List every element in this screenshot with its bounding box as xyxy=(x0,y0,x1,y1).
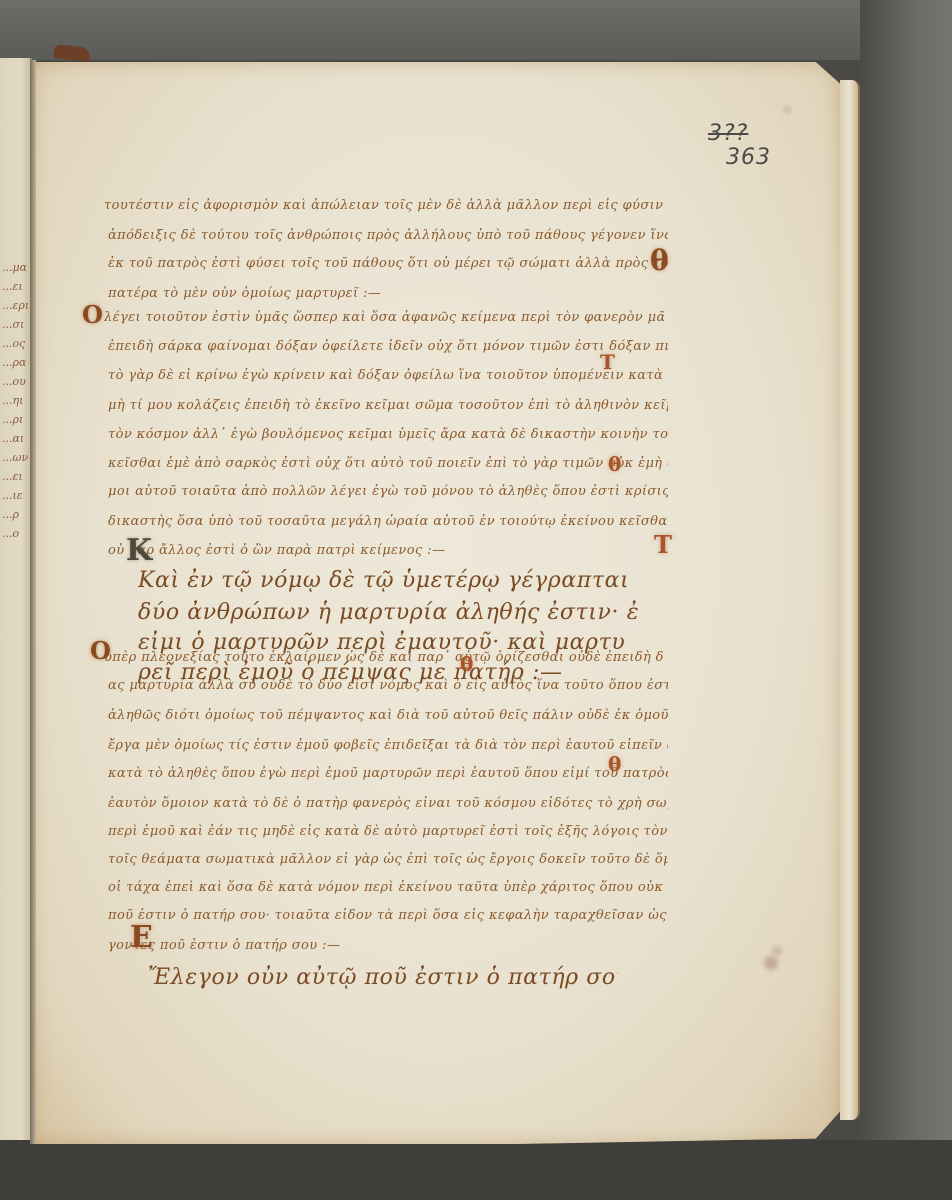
manuscript-line: τουτέστιν εἰς ἀφορισμὸν καὶ ἀπώλειαν τοῖ… xyxy=(104,198,664,213)
initial-epsilon: Ε xyxy=(130,920,153,955)
left-margin-fragment: ...ερι xyxy=(2,296,28,315)
left-margin-fragment: ...ει xyxy=(2,277,28,296)
manuscript-line: πατέρα τὸ μὲν οὖν ὁμοίως μαρτυρεῖ :— xyxy=(108,286,668,301)
manuscript-line: κατὰ τὸ ἀληθὲς ὅπου ἐγὼ περὶ ἐμοῦ μαρτυρ… xyxy=(108,766,668,781)
manuscript-line: μὴ τί μου κολάζεις ἐπειδὴ τὸ ἐκεῖνο κεῖμ… xyxy=(108,398,668,413)
left-margin-fragment: ...μαι xyxy=(2,258,28,277)
backdrop-right xyxy=(860,0,952,1200)
manuscript-line: οἱ τάχα ἐπεὶ καὶ ὅσα δὲ κατὰ νόμον περὶ … xyxy=(108,880,668,895)
manuscript-line: ἑαυτὸν ὅμοιον κατὰ τὸ δὲ ὁ πατὴρ φανερὸς… xyxy=(108,796,668,811)
page-fore-edge xyxy=(840,80,860,1120)
manuscript-line: γοντες ποῦ ἐστιν ὁ πατήρ σου :— xyxy=(108,938,668,953)
folio-number-struck: 3?? xyxy=(708,122,771,146)
manuscript-line: οὐ γὰρ ἄλλος ἐστὶ ὁ ὢν παρὰ πατρὶ κείμεν… xyxy=(108,543,668,558)
folio-number-current: 363 xyxy=(726,146,771,170)
left-page-margin-text: ...μαι...ει...ερι...σι...ος...ρα...ου...… xyxy=(2,258,28,543)
marginal-tau-inline: Τ xyxy=(600,350,615,374)
left-margin-fragment: ...ει xyxy=(2,467,28,486)
left-margin-fragment: ...ρα xyxy=(2,353,28,372)
left-margin-fragment: ...ων xyxy=(2,448,28,467)
left-margin-fragment: ...σι xyxy=(2,315,28,334)
marginal-tau: Τ xyxy=(654,530,672,559)
marginal-theta-1: θ xyxy=(608,452,621,476)
manuscript-line: ἐπειδὴ σάρκα φαίνομαι δόξαν ὀφείλετε ἰδε… xyxy=(108,339,668,354)
stain xyxy=(764,956,778,970)
backdrop-bottom xyxy=(0,1140,952,1200)
backdrop-top xyxy=(0,0,952,60)
left-page: ...μαι...ει...ερι...σι...ος...ρα...ου...… xyxy=(0,58,32,1140)
left-margin-fragment: ...αι xyxy=(2,429,28,448)
manuscript-line: λέγει τοιοῦτον ἐστὶν ὑμᾶς ὥσπερ καὶ ὅσα … xyxy=(104,310,664,325)
stain xyxy=(772,946,782,956)
manuscript-line: δικαστὴς ὅσα ὑπὸ τοῦ τοσαῦτα μεγάλη ὡραί… xyxy=(108,514,668,529)
marginal-theta-2: θ xyxy=(460,652,473,676)
left-margin-fragment: ...ρ xyxy=(2,505,28,524)
initial-omicron: Ο xyxy=(82,300,103,329)
manuscript-line: κεῖσθαι ἐμὲ ἀπὸ σαρκὸς ἐστὶ οὐχ ὅτι αὐτὸ… xyxy=(108,456,668,471)
book-gutter xyxy=(30,60,36,1144)
left-margin-fragment: ...ο xyxy=(2,524,28,543)
manuscript-line: ἀπόδειξις δὲ τούτου τοῖς ἀνθρώποις πρὸς … xyxy=(108,228,668,243)
left-margin-fragment: ...ος xyxy=(2,334,28,353)
initial-theta: θ xyxy=(650,244,669,277)
manuscript-line: ἀληθῶς διότι ὁμοίως τοῦ πέμψαντος καὶ δι… xyxy=(108,708,668,723)
initial-omicron-2: Ο xyxy=(90,636,111,665)
manuscript-line: τὸ γὰρ δὲ εἰ κρίνω ἐγὼ κρίνειν καὶ δόξαν… xyxy=(108,368,668,383)
manuscript-line: ποῦ ἐστιν ὁ πατήρ σου· τοιαῦτα εἶδον τὰ … xyxy=(108,908,668,923)
left-margin-fragment: ...ου xyxy=(2,372,28,391)
manuscript-line: ἐκ τοῦ πατρὸς ἐστὶ φύσει τοῖς τοῦ πάθους… xyxy=(108,256,668,271)
manuscript-line-large: Ἔλεγον οὖν αὐτῷ ποῦ ἐστιν ὁ πατήρ σου· ἀ… xyxy=(148,965,618,990)
left-margin-fragment: ...ηι xyxy=(2,391,28,410)
manuscript-line: τὸν κόσμον ἀλλ᾽ ἐγὼ βουλόμενος κεῖμαι ὑμ… xyxy=(108,427,668,442)
manuscript-line: μοι αὐτοῦ τοιαῦτα ἀπὸ πολλῶν λέγει ἐγὼ τ… xyxy=(108,484,668,499)
manuscript-line: τοῖς θεάματα σωματικὰ μᾶλλον εἰ γὰρ ὡς ἐ… xyxy=(108,852,668,867)
initial-kappa: Κ xyxy=(126,533,152,568)
marginal-theta-3: θ xyxy=(608,752,621,776)
left-margin-fragment: ...ιε xyxy=(2,486,28,505)
manuscript-line: ας μαρτυρία ἀλλὰ σὺ οὐδὲ τὸ δύο εἰσὶ νόμ… xyxy=(108,678,668,693)
stain xyxy=(783,106,791,114)
left-margin-fragment: ...ρι xyxy=(2,410,28,429)
manuscript-line: ἔργα μὲν ὁμοίως τίς ἐστιν ἐμοῦ φοβεῖς ἐπ… xyxy=(108,738,668,753)
folio-number: 3?? 363 xyxy=(708,122,771,170)
manuscript-line: περὶ ἐμοῦ καὶ ἐάν τις μηδὲ εἰς κατὰ δὲ α… xyxy=(108,824,668,839)
manuscript-line: ὑπὲρ πλεονεξίας τοῦτο ἐκλαίομεν ὡς δὲ κα… xyxy=(104,650,664,665)
manuscript-line-large: δύο ἀνθρώπων ἡ μαρτυρία ἀληθής ἐστιν· ἐγ… xyxy=(138,600,638,625)
manuscript-line-large: Καὶ ἐν τῷ νόμῳ δὲ τῷ ὑμετέρῳ γέγραπται ὅ… xyxy=(138,568,638,593)
